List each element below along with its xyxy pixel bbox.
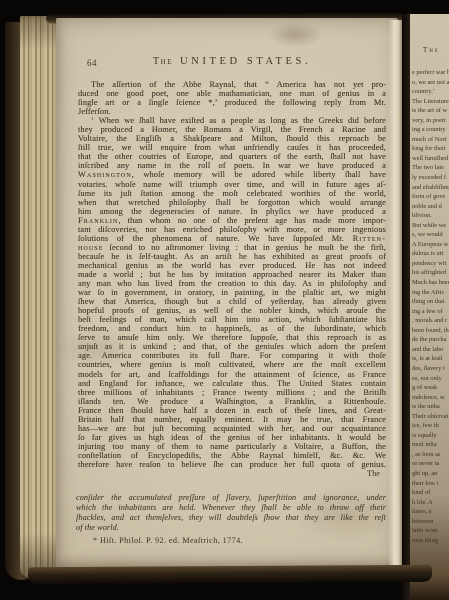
text-line: ſtill true, we will enquire from what un… bbox=[78, 143, 386, 152]
facing-page-text: e perfect war hao, we are not acountry.’… bbox=[412, 68, 449, 545]
text-line: ſume its juſt ſtation among the moſt cel… bbox=[78, 189, 386, 198]
facing-text-line: s, we would bbox=[412, 230, 449, 240]
facing-text-line: pendency wit bbox=[412, 259, 449, 269]
footnote-citation: * Hiſt. Philoſ. P. 92. ed. Meaſtrich, 17… bbox=[76, 535, 386, 546]
facing-page-sliver: The e perfect war hao, we are not acount… bbox=[410, 14, 449, 600]
facing-text-line: The two late bbox=[412, 163, 449, 173]
facing-text-line: g of weak bbox=[412, 383, 449, 393]
text-line: him among the degeneracies of nature. In… bbox=[78, 207, 386, 216]
text-line: three millions of inhabitants ; France t… bbox=[78, 388, 386, 397]
text-line: age. America contributes its full ſhare.… bbox=[78, 351, 386, 360]
text-line: has—we are but juſt becoming acquainted … bbox=[78, 424, 386, 433]
facing-text-line: their low i bbox=[412, 479, 449, 489]
body-text: The aſſertion of the Abbe Raynal, that “… bbox=[78, 80, 386, 469]
text-segment: ſolutions of the phenomena of nature. We… bbox=[78, 234, 353, 243]
catchword-row: The bbox=[78, 469, 386, 478]
book-photo: 64 TheUNITED STATES. The aſſertion of th… bbox=[0, 0, 449, 600]
facing-text-line: des, ſlavery i bbox=[412, 364, 449, 374]
text-line: conſtellation of Encyclopediſts, the Abb… bbox=[78, 451, 386, 460]
text-line: ſhew that America, though but a child of… bbox=[78, 297, 386, 306]
facing-text-line: is the art of w bbox=[412, 106, 449, 116]
text-line: hopeful proofs of genius, as well of the… bbox=[78, 306, 386, 315]
facing-text-line: thing on that bbox=[412, 297, 449, 307]
text-line: and England for inſtance, we calculate t… bbox=[78, 379, 386, 388]
text-line: Britain half that number, equally eminen… bbox=[78, 415, 386, 424]
facing-text-line: ing the Afric bbox=[412, 288, 449, 298]
text-line: made a world ; but he has by imitation a… bbox=[78, 270, 386, 279]
facing-text-line: es, not only bbox=[412, 374, 449, 384]
facing-text-line: blivion. bbox=[412, 211, 449, 221]
text-line: Franklin, than whom no one of the preſen… bbox=[78, 216, 386, 225]
text-line: tant diſcoveries, nor has enriched philo… bbox=[78, 225, 386, 234]
facing-text-line: latto wom bbox=[412, 526, 449, 536]
text-line: therefore have reaſon to believe ſhe can… bbox=[78, 460, 386, 469]
text-segment: , whoſe memory will be adored while libe… bbox=[132, 170, 386, 179]
facing-text-line: dulous is utt bbox=[412, 249, 449, 259]
facing-text-line: ſtates, a bbox=[412, 507, 449, 517]
facing-text-line: de the purcha bbox=[412, 335, 449, 345]
facing-running-title-fragment: The bbox=[423, 46, 440, 54]
text-segment: Washington bbox=[78, 170, 132, 179]
facing-text-line: between bbox=[412, 517, 449, 527]
text-line: Jefferſon. bbox=[78, 107, 386, 116]
text-segment: house bbox=[78, 243, 104, 252]
footnote-text: conſider the accumulated preſſure of ſla… bbox=[76, 493, 386, 533]
text-line: Voltaire, the Engliſh a Shakſpeare and M… bbox=[78, 134, 386, 143]
footnote-line: of the world. bbox=[76, 523, 386, 533]
text-segment: ſecond to no aſtronomer living : that in… bbox=[104, 243, 386, 252]
facing-text-line: h life. A bbox=[412, 498, 449, 508]
text-line: house ſecond to no aſtronomer living : t… bbox=[78, 243, 386, 252]
text-line: countries, where genius is moſt cultivat… bbox=[78, 360, 386, 369]
facing-text-line: Their obſervat bbox=[412, 412, 449, 422]
text-line: war ſo in government, in oratory, in pai… bbox=[78, 288, 386, 297]
facing-text-line: ing a few of bbox=[412, 307, 449, 317]
facing-text-line: noble and d bbox=[412, 202, 449, 212]
text-line: models for art, and ſcaffoldings for the… bbox=[78, 370, 386, 379]
facing-text-line: o, we are not a bbox=[412, 78, 449, 88]
text-segment: ‘ When we ſhall have exiſted as a people… bbox=[91, 116, 386, 125]
text-line: ſingle art or a ſingle ſcience *,’ produ… bbox=[78, 98, 386, 107]
catchword: The bbox=[78, 469, 386, 478]
facing-text-line: indolence, w bbox=[412, 393, 449, 403]
text-line: votaries. whoſe name will triumph over t… bbox=[78, 180, 386, 189]
text-line: any man who has lived from the creation … bbox=[78, 279, 386, 288]
facing-text-line: e perfect war ha bbox=[412, 68, 449, 78]
text-line: when that wretched philoſophy ſhall be f… bbox=[78, 198, 386, 207]
facing-text-line: But while we bbox=[412, 221, 449, 231]
text-line: freedom, and conduct him to happineſs, a… bbox=[78, 324, 386, 333]
text-segment: The aſſertion of the Abbe Raynal, that “… bbox=[91, 80, 386, 89]
text-segment: Ritten- bbox=[353, 234, 386, 243]
facing-text-line: and the labo bbox=[412, 345, 449, 355]
facing-text-line: or never ta bbox=[412, 459, 449, 469]
running-title-rest: UNITED STATES. bbox=[180, 56, 311, 67]
facing-text-line: ght up, an bbox=[412, 469, 449, 479]
text-line: Washington, whoſe memory will be adored … bbox=[78, 170, 386, 179]
text-segment: Jefferſon. bbox=[78, 107, 111, 116]
page-number: 64 bbox=[87, 58, 97, 68]
facing-text-line: well furniſhed bbox=[412, 154, 449, 164]
text-line: beſt feelings of man, which call him int… bbox=[78, 315, 386, 324]
facing-text-line: form of gove bbox=[412, 192, 449, 202]
text-line: mechanical genius as the world has ever … bbox=[78, 261, 386, 270]
text-segment: , than whom no one of the preſent age ha… bbox=[118, 216, 386, 225]
facing-text-line: been found, th bbox=[412, 326, 449, 336]
facing-text-line: is equally bbox=[412, 431, 449, 441]
text-line: that the other coutries of Europe, and q… bbox=[78, 152, 386, 161]
facing-text-line: mon thing bbox=[412, 536, 449, 546]
footnote-line: which the inhabitants are held. Whenever… bbox=[76, 503, 386, 513]
facing-text-line: country.’ bbox=[412, 87, 449, 97]
text-line: iſlands ten. We produce a Waſhington, a … bbox=[78, 397, 386, 406]
text-line: France then ſhould have half a dozen in … bbox=[78, 406, 386, 415]
facing-text-line: and eſtabliſhm bbox=[412, 183, 449, 193]
text-line: unjuſt as it is unkind ; and that, of th… bbox=[78, 342, 386, 351]
running-title-the: The bbox=[153, 56, 173, 67]
facing-text-line: kind of bbox=[412, 488, 449, 498]
facing-text-line: moſt inſta bbox=[412, 440, 449, 450]
text-line: becauſe he is ſelf-taught. As an artiſt … bbox=[78, 252, 386, 261]
facing-text-line: ice, few th bbox=[412, 421, 449, 431]
running-title: TheUNITED STATES. bbox=[78, 56, 386, 67]
facing-text-line: The Literature of bbox=[412, 97, 449, 107]
text-segment: Franklin bbox=[78, 216, 118, 225]
facing-text-line: A Europeus w bbox=[412, 240, 449, 250]
text-line: ſerve to amuſe him only. We therefore ſu… bbox=[78, 333, 386, 342]
page-header: 64 TheUNITED STATES. bbox=[78, 56, 386, 67]
facing-text-line: very, in poetr bbox=[412, 116, 449, 126]
text-line: they produced a Homer, the Romans a Virg… bbox=[78, 125, 386, 134]
facing-text-line: , morals and r bbox=[412, 316, 449, 326]
text-line: The aſſertion of the Abbe Raynal, that “… bbox=[78, 80, 386, 89]
facing-text-line: ly exceeded f bbox=[412, 173, 449, 183]
facing-text-line: much of Nort bbox=[412, 135, 449, 145]
facing-text-line: is, is at leaſt bbox=[412, 354, 449, 364]
text-segment: of the world. bbox=[76, 523, 119, 532]
text-line: ſolutions of the phenomena of nature. We… bbox=[78, 234, 386, 243]
book-page: 64 TheUNITED STATES. The aſſertion of th… bbox=[56, 18, 398, 569]
text-line: injuring too many of them to name partic… bbox=[78, 442, 386, 451]
footnote-line: ſhackles, and act themſelves, they will … bbox=[76, 513, 386, 523]
footnote-line: conſider the accumulated preſſure of ſla… bbox=[76, 493, 386, 503]
facing-text-line: is the unha bbox=[412, 402, 449, 412]
facing-text-line: ing a country bbox=[412, 125, 449, 135]
footnote-citation-row: * Hiſt. Philoſ. P. 92. ed. Meaſtrich, 17… bbox=[76, 533, 386, 546]
text-line: ſo far gives us high ideas of the genius… bbox=[78, 433, 386, 442]
text-line: duced one good poet, one able mathamatic… bbox=[78, 89, 386, 98]
facing-text-line: Much has been bbox=[412, 278, 449, 288]
facing-text-line: his affrighted bbox=[412, 268, 449, 278]
facing-text-line: , as ſoon as bbox=[412, 450, 449, 460]
book-bottom-edge bbox=[28, 565, 432, 584]
facing-text-line: king for their bbox=[412, 144, 449, 154]
text-line: inſcribed any name in the roll of poets.… bbox=[78, 161, 386, 170]
text-line: ‘ When we ſhall have exiſted as a people… bbox=[78, 116, 386, 125]
